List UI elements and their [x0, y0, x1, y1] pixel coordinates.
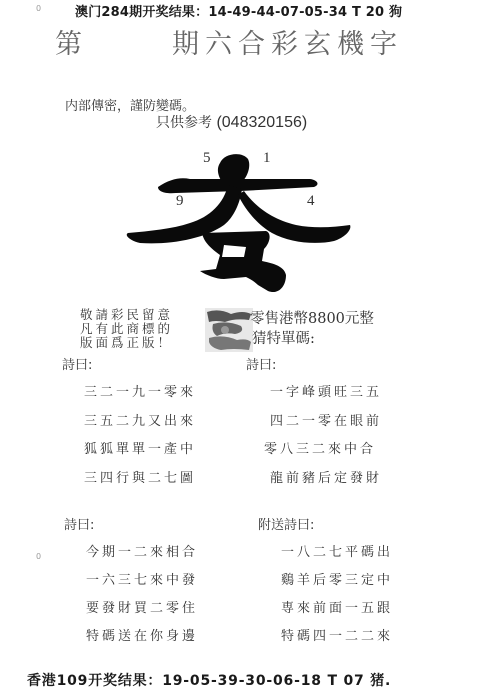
reference-label: 只供参考	[156, 115, 212, 131]
hongkong-draw-result: 香港109开奖结果：19-05-39-30-06-18 T 07 猪.	[27, 670, 391, 690]
number-top-left: 5	[203, 150, 211, 167]
poem-2-line-4: 龍前豬后定發財	[270, 467, 382, 486]
poem-2-line-2: 四二一零在眼前	[270, 410, 382, 429]
poem-3-line-3: 要發財買二零住	[86, 597, 198, 616]
page-marker: 0	[36, 4, 41, 13]
poem-2-heading: 詩曰:	[246, 354, 276, 373]
poem-4-line-3: 専來前面一五跟	[281, 597, 393, 616]
number-mid-left: 9	[176, 193, 184, 210]
page-title: 期六合彩玄機字	[172, 22, 403, 61]
poem-3-line-4: 特碼送在你身邊	[86, 625, 198, 644]
number-top-right: 1	[263, 150, 271, 167]
authenticity-notice: 敬請彩民留意 凡有此商標的 版面爲正版！	[80, 308, 173, 350]
page-marker-lower: 0	[36, 552, 41, 561]
reference-code: (048320156)	[216, 114, 307, 131]
macau-draw-result: 澳门284期开奖结果：14-49-44-07-05-34 T 20 狗	[75, 1, 402, 20]
number-mid-right: 4	[307, 193, 315, 210]
special-number-heading: 猜特單碼:	[252, 327, 315, 348]
poem-1-heading: 詩曰:	[62, 354, 92, 373]
reference-line: 只供参考 (048320156)	[156, 112, 307, 132]
mystery-glyph-icon	[120, 145, 370, 305]
poem-3-heading: 詩曰:	[64, 514, 94, 533]
poem-1-line-2: 三五二九又出來	[84, 410, 196, 429]
poem-4-heading: 附送詩曰:	[258, 514, 314, 533]
poem-3-line-2: 一六三七來中發	[86, 569, 198, 588]
poem-3-line-1: 今期一二來相合	[86, 541, 198, 560]
poem-4-line-1: 一八二七平碼出	[281, 541, 393, 560]
poem-1-line-4: 三四行與二七圖	[84, 467, 196, 486]
poem-1-line-1: 三二一九一零來	[84, 381, 196, 400]
mystery-character: 5 1 9 4	[120, 145, 370, 305]
trademark-logo-icon	[205, 308, 253, 352]
poem-2-line-1: 一字峰頭旺三五	[270, 381, 382, 400]
retail-price: 零售港幣8800元整	[250, 307, 374, 328]
title-prefix: 第	[55, 22, 88, 61]
poem-2-line-3: 零八三二來中合	[264, 438, 376, 457]
poem-4-line-2: 鷄羊后零三定中	[281, 569, 393, 588]
poem-4-line-4: 特碼四一二二來	[281, 625, 393, 644]
poem-1-line-3: 狐狐單單一產中	[84, 438, 196, 457]
